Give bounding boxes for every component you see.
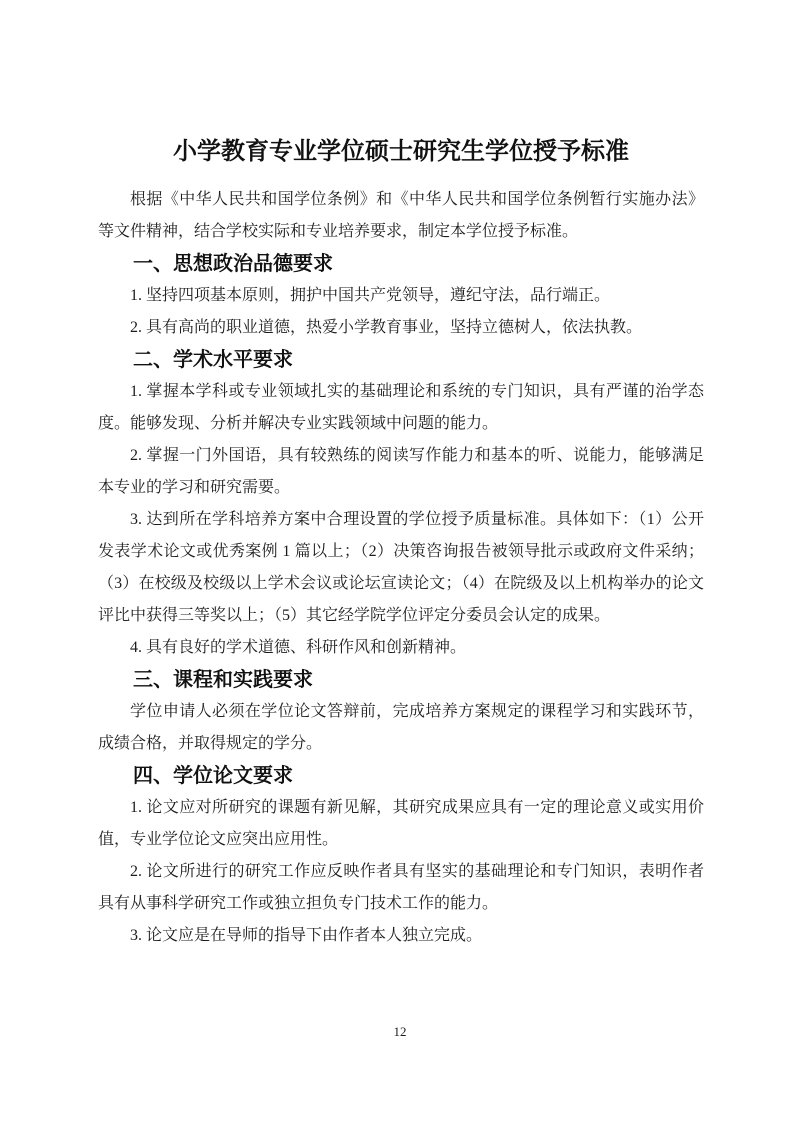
section-thesis-paragraph-1: 1. 论文应对所研究的课题有新见解，其研究成果应具有一定的理论意义或实用价值，专… — [98, 792, 704, 856]
intro-paragraph: 根据《中华人民共和国学位条例》和《中华人民共和国学位条例暂行实施办法》等文件精神… — [98, 184, 704, 248]
section-academic-paragraph-2: 2. 掌握一门外国语，具有较熟练的阅读写作能力和基本的听、说能力，能够满足本专业… — [98, 440, 704, 504]
section-thesis-paragraph-3: 3. 论文应是在导师的指导下由作者本人独立完成。 — [98, 920, 704, 952]
section-heading-course-practice: 三、课程和实践要求 — [98, 664, 704, 696]
section-thesis-paragraph-2: 2. 论文所进行的研究工作应反映作者具有坚实的基础理论和专门知识，表明作者具有从… — [98, 856, 704, 920]
section-heading-academic-level: 二、学术水平要求 — [98, 344, 704, 376]
section-course-paragraph-1: 学位申请人必须在学位论文答辩前，完成培养方案规定的课程学习和实践环节，成绩合格，… — [98, 696, 704, 760]
section-ideology-paragraph-1: 1. 坚持四项基本原则，拥护中国共产党领导，遵纪守法，品行端正。 — [98, 280, 704, 312]
section-ideology-paragraph-2: 2. 具有高尚的职业道德，热爱小学教育事业，坚持立德树人，依法执教。 — [98, 312, 704, 344]
section-heading-thesis: 四、学位论文要求 — [98, 760, 704, 792]
page-number: 12 — [0, 1024, 800, 1040]
section-heading-ideology: 一、思想政治品德要求 — [98, 248, 704, 280]
section-academic-paragraph-4: 4. 具有良好的学术道德、科研作风和创新精神。 — [98, 632, 704, 664]
document-title: 小学教育专业学位硕士研究生学位授予标准 — [98, 138, 704, 166]
document-page: 小学教育专业学位硕士研究生学位授予标准 根据《中华人民共和国学位条例》和《中华人… — [0, 0, 800, 1132]
section-academic-paragraph-1: 1. 掌握本学科或专业领域扎实的基础理论和系统的专门知识，具有严谨的治学态度。能… — [98, 376, 704, 440]
section-academic-paragraph-3: 3. 达到所在学科培养方案中合理设置的学位授予质量标准。具体如下：（1）公开发表… — [98, 504, 704, 632]
document-content: 小学教育专业学位硕士研究生学位授予标准 根据《中华人民共和国学位条例》和《中华人… — [98, 138, 704, 952]
